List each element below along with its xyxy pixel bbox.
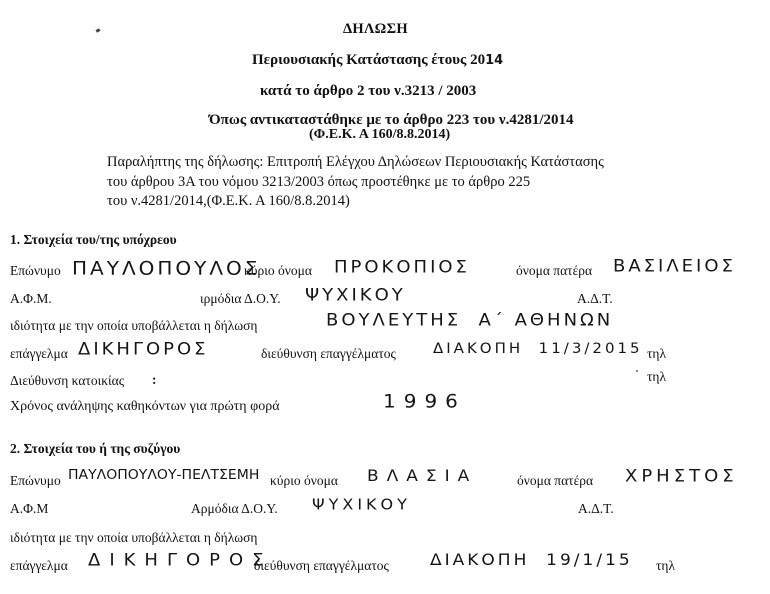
- section1-first-term-label: Χρόνος ανάληψης καθηκόντων για πρώτη φορ…: [10, 399, 280, 415]
- recipient-block: Παραλήπτης της δήλωσης: Επιτροπή Ελέγχου…: [107, 153, 604, 212]
- section2-doy-value: ΨΥΧΙΚΟΥ: [312, 495, 411, 513]
- section2-capacity-label: ιδιότητα με την οποία υποβάλλεται η δήλω…: [10, 530, 257, 546]
- section2-surname-label: Επώνυμο: [10, 473, 61, 489]
- section2-first-name-label: κύριο όνομα: [270, 473, 338, 489]
- section1-surname-label: Επώνυμο: [10, 263, 61, 279]
- section2-afm-label: Α.Φ.Μ: [10, 501, 48, 517]
- section1-first-name-value: ΠΡΟΚΟΠΙΟΣ: [334, 258, 470, 278]
- section1-first-name-label: κύριο όνομα: [244, 263, 312, 279]
- section2-work-address-value: ΔΙΑΚΟΠΗ 19/1/15: [430, 551, 633, 570]
- section1-father-name-value: ΒΑΣΙΛΕΙΟΣ: [613, 257, 736, 277]
- section2-phone-label: τηλ: [656, 558, 675, 574]
- section1-home-phone-label: τηλ: [647, 369, 666, 385]
- subtitle-text: Περιουσιακής Κατάστασης έτους 20: [252, 52, 485, 68]
- gazette-reference: (Φ.Ε.Κ. Α 160/8.8.2014): [309, 127, 450, 143]
- section2-father-name-label: όνομα πατέρα: [517, 473, 593, 489]
- law-reference: κατά το άρθρο 2 του ν.3213 / 2003: [260, 83, 476, 100]
- section2-heading: 2. Στοιχεία του ή της συζύγου: [10, 441, 180, 457]
- section2-adt-label: Α.Δ.Τ.: [578, 501, 614, 517]
- section1-adt-label: Α.Δ.Τ.: [577, 291, 613, 307]
- section1-first-term-value: 1996: [383, 390, 466, 413]
- section2-surname-value: ΠΑΥΛΟΠΟΥΛΟΥ-ΠΕΛΤΣΕΜΗ: [68, 467, 259, 482]
- recipient-line: του ν.4281/2014,(Φ.Ε.Κ. Α 160/8.8.2014): [107, 192, 604, 212]
- section1-doy-value: ΨΥΧΙΚΟΥ: [305, 286, 406, 306]
- section1-capacity-value: ΒΟΥΛΕΥΤΗΣ Α΄ ΑΘΗΝΩΝ: [326, 311, 613, 331]
- section1-father-name-label: όνομα πατέρα: [516, 263, 592, 279]
- document-subtitle: Περιουσιακής Κατάστασης έτους 2014: [252, 52, 503, 69]
- section2-profession-value: ΔΙΚΗΓΟΡΟΣ: [88, 551, 273, 571]
- section1-heading: 1. Στοιχεία του/της υπόχρεου: [10, 232, 177, 248]
- section1-afm-label: Α.Φ.Μ.: [10, 291, 52, 307]
- section1-work-address-value: ΔΙΑΚΟΠΗ 11/3/2015: [433, 339, 643, 356]
- section2-doy-label: Αρμόδια Δ.Ο.Υ.: [191, 501, 278, 517]
- section1-profession-value: ΔΙΚΗΓΟΡΟΣ: [78, 340, 209, 360]
- section1-capacity-label: ιδιότητα με την οποία υποβάλλεται η δήλω…: [10, 318, 257, 334]
- section1-doy-label: ιρμόδια Δ.Ο.Υ.: [200, 291, 281, 307]
- section2-profession-label: επάγγελμα: [10, 558, 68, 574]
- document-title: ΔΗΛΩΣΗ: [343, 21, 408, 38]
- section1-profession-label: επάγγελμα: [10, 346, 68, 362]
- section1-home-address-label: Διεύθυνση κατοικίας: [10, 373, 124, 389]
- section1-work-address-label: διεύθυνση επαγγέλματος: [261, 346, 396, 362]
- scan-speck: [636, 370, 638, 372]
- section1-phone-label: τηλ: [647, 346, 666, 362]
- section1-home-address-value: :: [152, 372, 157, 388]
- section2-father-name-value: ΧΡΗΣΤΟΣ: [625, 467, 738, 487]
- section1-surname-value: ΠΑΥΛΟΠΟΥΛΟΣ: [72, 257, 260, 280]
- scan-speck: [96, 28, 101, 33]
- year-handwritten: 14: [485, 53, 503, 68]
- recipient-line: Παραλήπτης της δήλωσης: Επιτροπή Ελέγχου…: [107, 153, 604, 173]
- recipient-line: του άρθρου 3Α του νόμου 3213/2003 όπως π…: [107, 173, 604, 193]
- section2-first-name-value: ΒΛΑΣΙΑ: [367, 467, 477, 486]
- section2-work-address-label: διεύθυνση επαγγέλματος: [254, 558, 389, 574]
